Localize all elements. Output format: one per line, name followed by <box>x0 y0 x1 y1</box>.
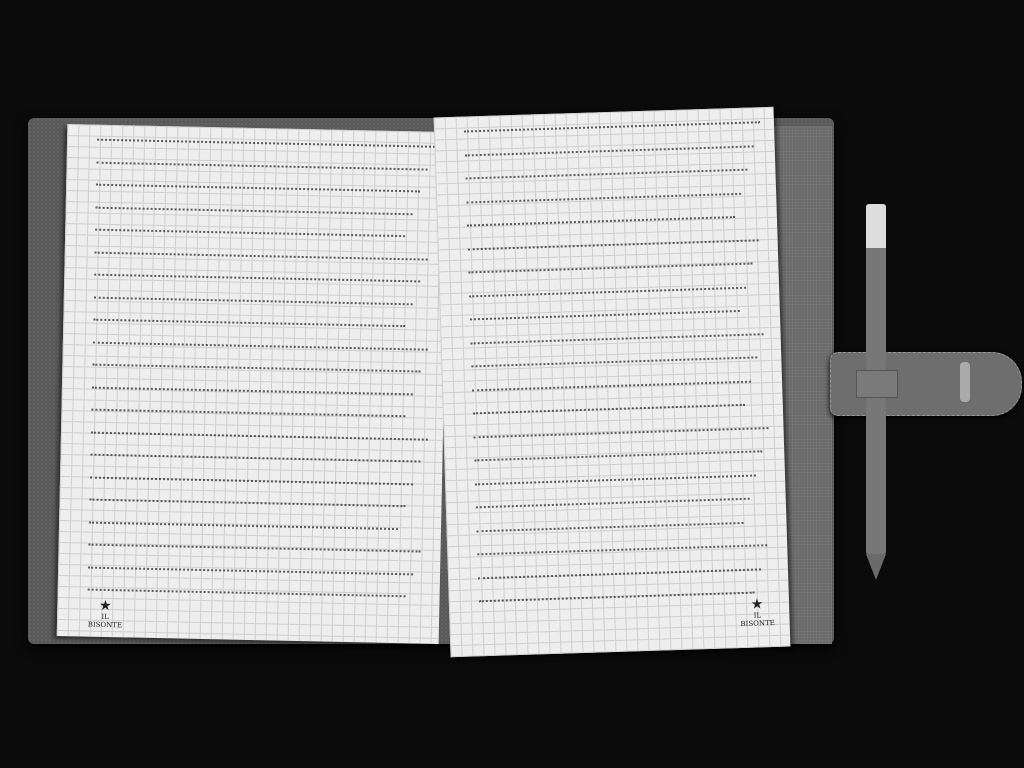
handwritten-line <box>93 319 405 330</box>
handwritten-line <box>469 286 746 299</box>
handwritten-line <box>476 498 750 511</box>
handwritten-line <box>464 121 760 134</box>
handwritten-line <box>91 431 428 442</box>
handwritten-line <box>470 310 740 322</box>
pencil-eraser <box>866 204 886 248</box>
right-page: ★ IL BISONTE <box>434 107 791 657</box>
handwritten-line <box>467 216 735 228</box>
handwritten-line <box>96 184 420 195</box>
bison-icon: ★ <box>85 599 125 614</box>
pencil-tip <box>866 554 886 580</box>
handwritten-line <box>90 476 413 487</box>
handwritten-line <box>465 145 754 158</box>
handwritten-line <box>474 450 762 463</box>
handwritten-line <box>475 474 756 487</box>
handwritten-line <box>91 409 405 420</box>
handwritten-line <box>94 274 420 285</box>
handwritten-line <box>95 251 428 262</box>
handwritten-line <box>88 589 406 600</box>
handwritten-line <box>89 521 398 531</box>
handwritten-line <box>96 206 413 217</box>
handwritten-line <box>92 364 420 375</box>
handwritten-line <box>474 427 769 440</box>
handwritten-line <box>468 239 759 252</box>
pencil-loop <box>856 370 898 398</box>
handwritten-line <box>471 333 764 346</box>
handwritten-line <box>466 192 741 205</box>
handwritten-line <box>471 356 757 369</box>
strap-snap <box>960 362 970 402</box>
handwritten-line <box>477 521 744 533</box>
left-page: l'eau claude, on est de la fumée qui mon… <box>57 124 450 644</box>
handwritten-line <box>93 341 428 352</box>
handwritten-line <box>92 386 413 397</box>
handwritten-line <box>89 544 421 555</box>
il-bisonte-logo-left: ★ IL BISONTE <box>85 599 126 630</box>
handwritten-line <box>477 544 767 557</box>
handwritten-line <box>468 263 752 276</box>
handwritten-line <box>90 454 420 465</box>
handwritten-line <box>89 499 405 510</box>
il-bisonte-logo-right: ★ IL BISONTE <box>737 597 778 628</box>
handwritten-line <box>473 404 745 417</box>
handwritten-line <box>94 296 413 307</box>
handwritten-line <box>466 169 748 182</box>
handwritten-line <box>478 568 761 581</box>
bison-icon: ★ <box>737 597 777 612</box>
handwritten-line <box>95 229 405 239</box>
handwritten-line <box>88 566 413 577</box>
handwritten-line <box>479 592 755 605</box>
handwritten-line <box>472 380 751 393</box>
